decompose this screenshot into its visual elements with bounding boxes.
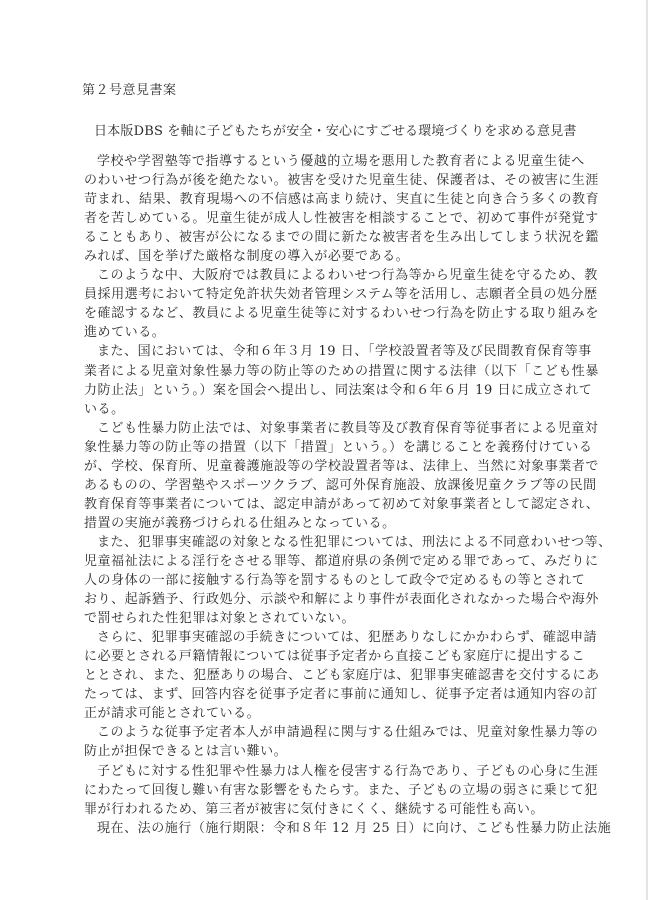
text-line: ととされ、また、犯歴ありの場合、こども家庭庁は、犯罪事実確認書を交付するにあ <box>84 666 584 685</box>
text-line: ることもあり、被害が公になるまでの間に新たな被害者を生み出してしまう状況を鑑 <box>84 228 584 247</box>
paragraph: このような従事予定者本人が申請過程に関与する仕組みでは、児童対象性暴力等の 防止… <box>84 723 584 761</box>
text-line: 教育保育等事業者については、認定申請があって初めて対象事業者として認定され、 <box>84 495 584 514</box>
text-line: 児童福祉法による淫行をさせる罪等、都道府県の条例で定める罪であって、みだりに <box>84 552 584 571</box>
document-body: 学校や学習塾等で指導するという優越的立場を悪用した教育者による児童生徒へ のわい… <box>84 152 584 838</box>
text-line: おり、起訴猶予、行政処分、示談や和解により事件が表面化されなかった場合や海外 <box>84 590 584 609</box>
text-line: 者を苦しめている。児童生徒が成人し性被害を相談することで、初めて事件が発覚す <box>84 209 584 228</box>
text-line: のわいせつ行為が後を絶たない。被害を受けた児童生徒、保護者は、その被害に生涯 <box>84 171 584 190</box>
text-line: こども性暴力防止法では、対象事業者に教員等及び教育保育等従事者による児童対 <box>84 419 584 438</box>
text-line: このような中、大阪府では教員によるわいせつ行為等から児童生徒を守るため、教 <box>84 266 584 285</box>
text-line: このような従事予定者本人が申請過程に関与する仕組みでは、児童対象性暴力等の <box>84 723 584 742</box>
paragraph: 学校や学習塾等で指導するという優越的立場を悪用した教育者による児童生徒へ のわい… <box>84 152 584 266</box>
text-line: が、学校、保育所、児童養護施設等の学校設置者等は、法律上、当然に対象事業者で <box>84 457 584 476</box>
paragraph: さらに、犯罪事実確認の手続きについては、犯歴ありなしにかかわらず、確認申請 に必… <box>84 628 584 723</box>
document-number-label: 第２号意見書案 <box>82 79 177 98</box>
text-line: たっては、まず、回答内容を従事予定者に事前に通知し、従事予定者は通知内容の訂 <box>84 685 584 704</box>
paragraph: また、犯罪事実確認の対象となる性犯罪については、刑法による不同意わいせつ等、 児… <box>84 533 584 628</box>
paragraph: 子どもに対する性犯罪や性暴力は人権を侵害する行為であり、子どもの心身に生涯 にわ… <box>84 762 584 819</box>
text-line: 罪が行われるため、第三者が被害に気付きにくく、継続する可能性も高い。 <box>84 800 584 819</box>
text-line: 防止が担保できるとは言い難い。 <box>84 742 584 761</box>
text-line: 措置の実施が義務づけられる仕組みとなっている。 <box>84 514 584 533</box>
paragraph: こども性暴力防止法では、対象事業者に教員等及び教育保育等従事者による児童対 象性… <box>84 419 584 533</box>
paragraph: 現在、法の施行（施行期限：令和８年 12 月 25 日）に向け、こども性暴力防止… <box>84 819 584 838</box>
text-line: に必要とされる戸籍情報については従事予定者から直接こども家庭庁に提出するこ <box>84 647 584 666</box>
text-line: いる。 <box>84 400 584 419</box>
text-line: 正が請求可能とされている。 <box>84 704 584 723</box>
paragraph: また、国においては、令和６年３月 19 日、「学校設置者等及び民間教育保育等事 … <box>84 342 584 418</box>
text-line: 人の身体の一部に接触する行為等を罰するものとして政令で定めるもの等とされて <box>84 571 584 590</box>
text-line: で罰せられた性犯罪は対象とされていない。 <box>84 609 584 628</box>
document-page: 第２号意見書案 日本版DBS を軸に子どもたちが安全・安心にすごせる環境づくりを… <box>0 0 650 900</box>
text-line: 業者による児童対象性暴力等の防止等のための措置に関する法律（以下「こども性暴 <box>84 362 584 381</box>
text-line: を確認するなど、教員による児童生徒等に対するわいせつ行為を防止する取り組みを <box>84 304 584 323</box>
text-line: 員採用選考において特定免許状失効者管理システム等を活用し、志願者全員の処分歴 <box>84 285 584 304</box>
text-line: また、国においては、令和６年３月 19 日、「学校設置者等及び民間教育保育等事 <box>84 342 584 361</box>
text-line: 現在、法の施行（施行期限：令和８年 12 月 25 日）に向け、こども性暴力防止… <box>84 819 584 838</box>
text-line: 象性暴力等の防止等の措置（以下「措置」という。）を講じることを義務付けている <box>84 438 584 457</box>
text-line: 苛まれ、結果、教育現場への不信感は高まり続け、実直に生徒と向き合う多くの教育 <box>84 190 584 209</box>
text-line: 進めている。 <box>84 323 584 342</box>
text-line: みれば、国を挙げた厳格な制度の導入が必要である。 <box>84 247 584 266</box>
text-line: また、犯罪事実確認の対象となる性犯罪については、刑法による不同意わいせつ等、 <box>84 533 584 552</box>
text-line: 学校や学習塾等で指導するという優越的立場を悪用した教育者による児童生徒へ <box>84 152 584 171</box>
paragraph: このような中、大阪府では教員によるわいせつ行為等から児童生徒を守るため、教 員採… <box>84 266 584 342</box>
page-edge-line <box>646 0 648 900</box>
text-line: あるものの、学習塾やスポーツクラブ、認可外保育施設、放課後児童クラブ等の民間 <box>84 476 584 495</box>
text-line: にわたって回復し難い有害な影響をもたらす。また、子どもの立場の弱さに乗じて犯 <box>84 781 584 800</box>
text-line: 力防止法」という。）案を国会へ提出し、同法案は令和６年６月 19 日に成立されて <box>84 381 584 400</box>
document-title: 日本版DBS を軸に子どもたちが安全・安心にすごせる環境づくりを求める意見書 <box>94 120 577 139</box>
text-line: さらに、犯罪事実確認の手続きについては、犯歴ありなしにかかわらず、確認申請 <box>84 628 584 647</box>
text-line: 子どもに対する性犯罪や性暴力は人権を侵害する行為であり、子どもの心身に生涯 <box>84 762 584 781</box>
